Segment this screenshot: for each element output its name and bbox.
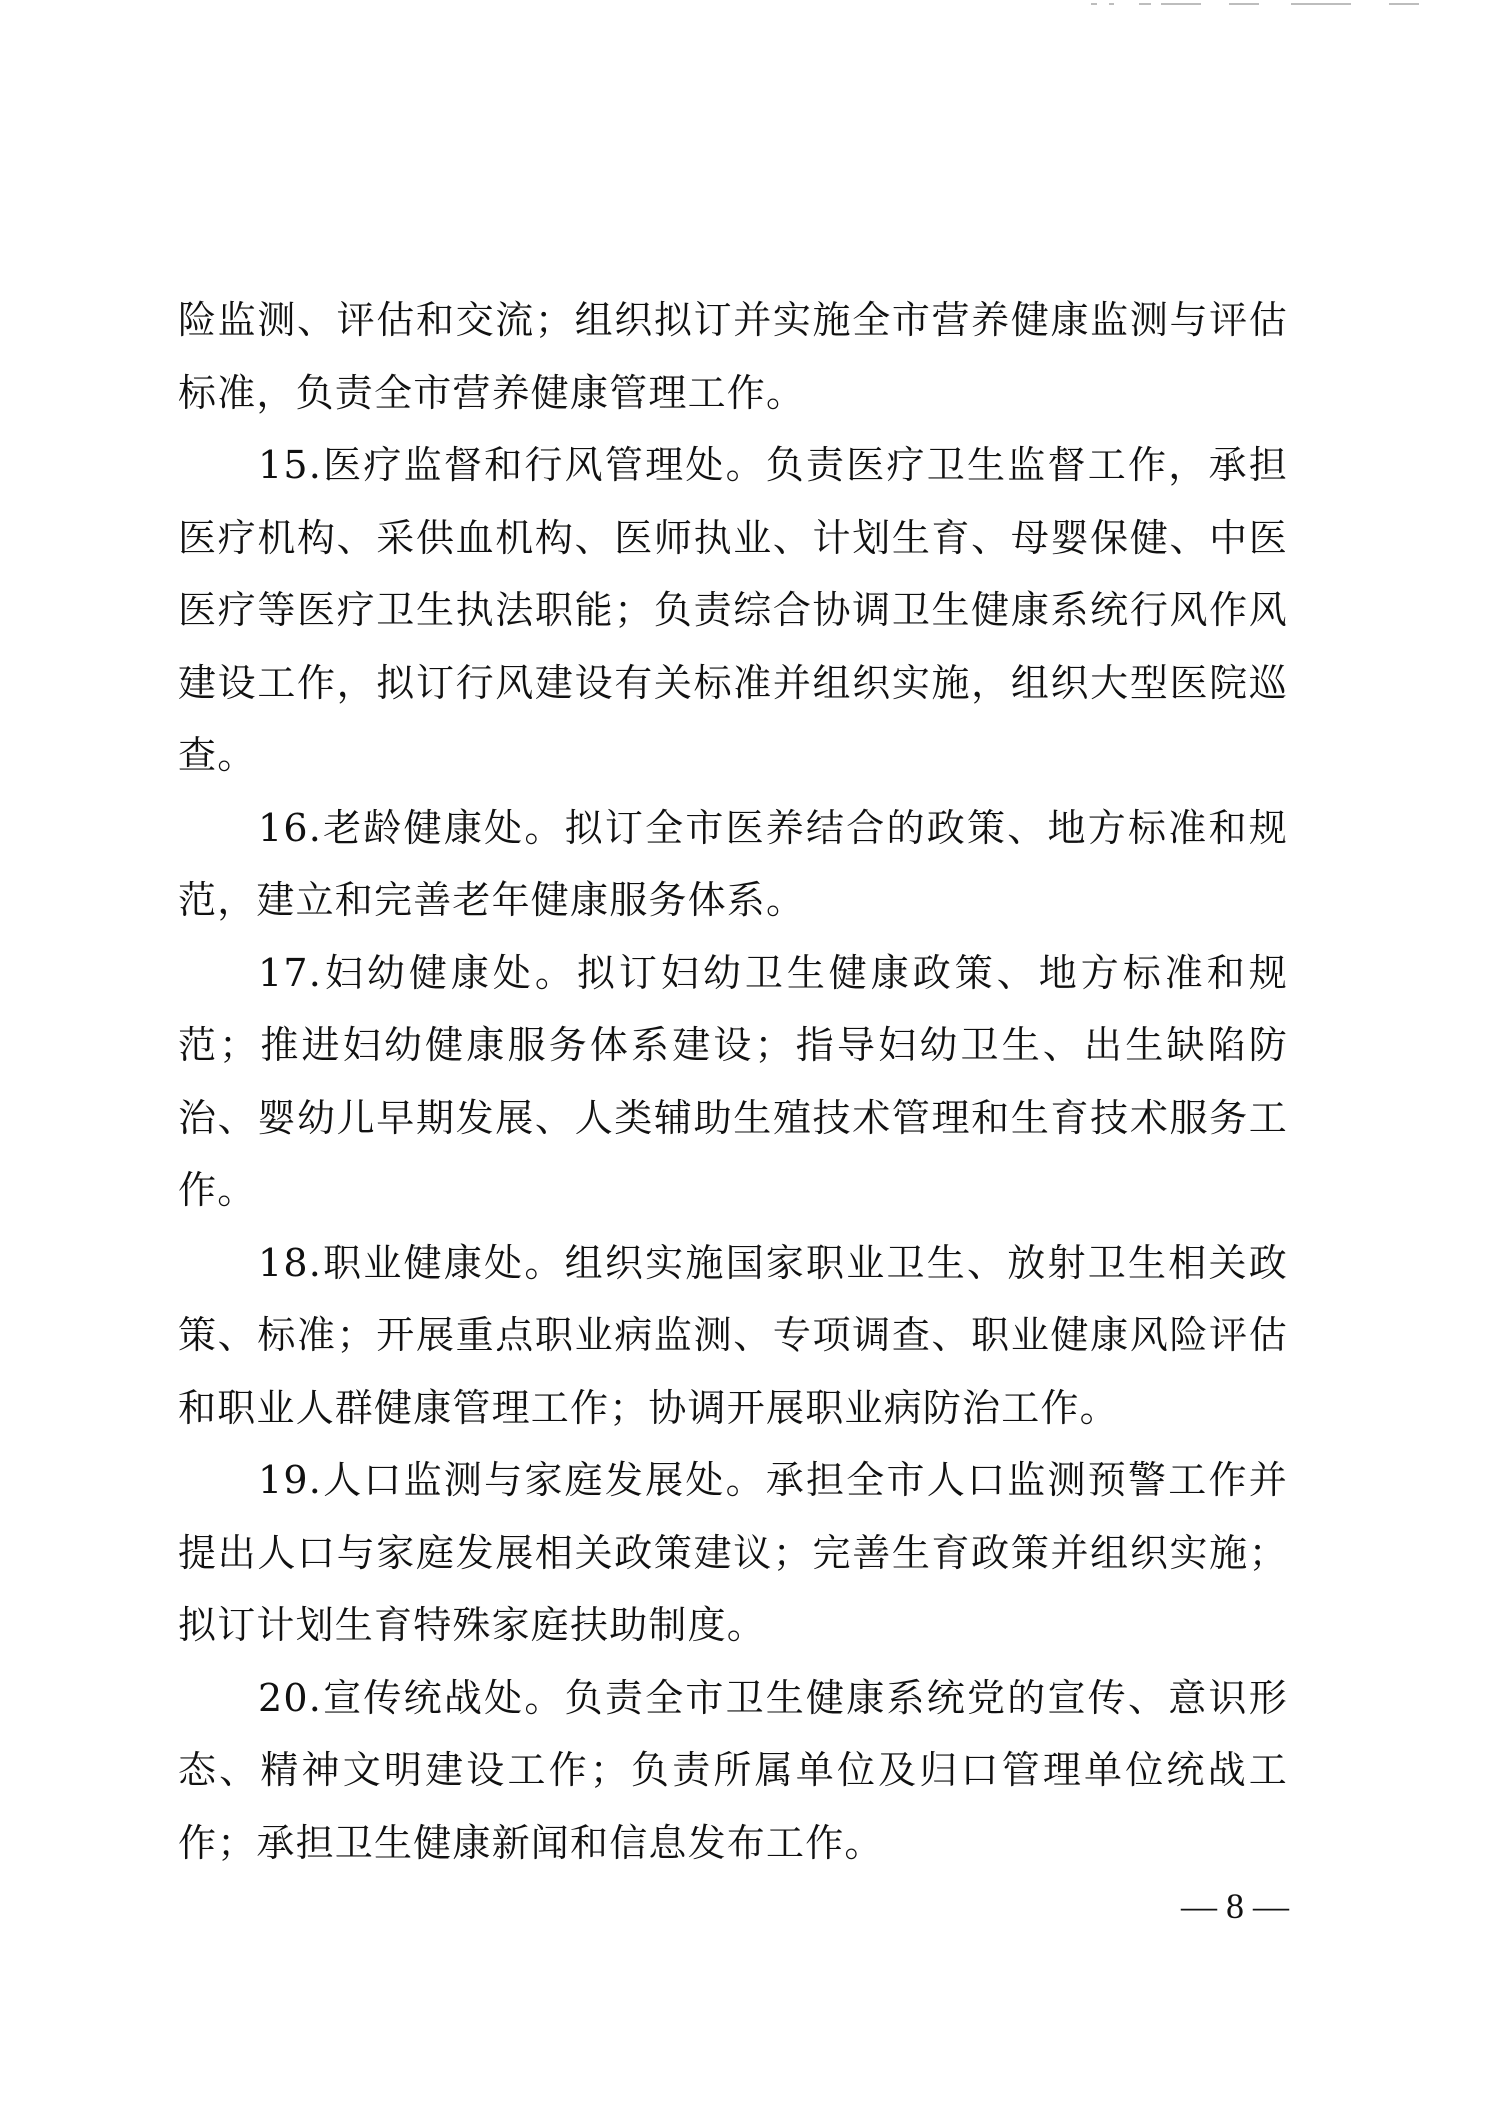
page-number: — 8 —	[1170, 1885, 1300, 1927]
paragraph-continuation: 险监测、评估和交流；组织拟订并实施全市营养健康监测与评估标准，负责全市营养健康管…	[178, 284, 1288, 429]
scan-artifact-marks	[1029, 0, 1489, 12]
paragraph-item-16-elderly-health: 16.老龄健康处。拟订全市医养结合的政策、地方标准和规范，建立和完善老年健康服务…	[178, 792, 1288, 937]
paragraph-item-15-medical-supervision: 15.医疗监督和行风管理处。负责医疗卫生监督工作，承担医疗机构、采供血机构、医师…	[178, 429, 1288, 792]
paragraph-item-19-population-family: 19.人口监测与家庭发展处。承担全市人口监测预警工作并提出人口与家庭发展相关政策…	[178, 1444, 1288, 1662]
document-body: 险监测、评估和交流；组织拟订并实施全市营养健康监测与评估标准，负责全市营养健康管…	[178, 284, 1288, 1879]
paragraph-item-18-occupational-health: 18.职业健康处。组织实施国家职业卫生、放射卫生相关政策、标准；开展重点职业病监…	[178, 1227, 1288, 1445]
paragraph-item-20-publicity-united-front: 20.宣传统战处。负责全市卫生健康系统党的宣传、意识形态、精神文明建设工作；负责…	[178, 1662, 1288, 1880]
paragraph-item-17-maternal-child-health: 17.妇幼健康处。拟订妇幼卫生健康政策、地方标准和规范；推进妇幼健康服务体系建设…	[178, 937, 1288, 1227]
